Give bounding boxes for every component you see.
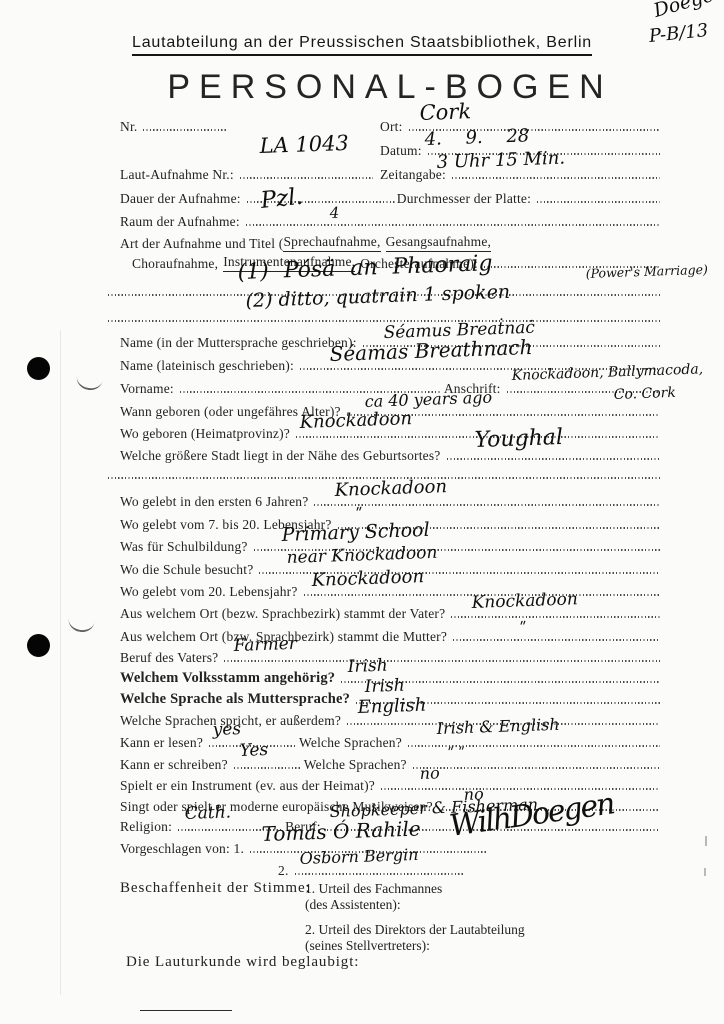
hw-vorgeschlagen-1: Tomás Ó Rahile (261, 818, 421, 844)
hw-muttersprache: Irish (364, 678, 405, 696)
schreiben-label: Kann er schreiben? (120, 758, 228, 773)
personal-bogen-scan: Lautabteilung an der Preussischen Staats… (0, 0, 724, 1024)
dauer-label: Dauer der Aufnahme: (120, 192, 241, 207)
signature-rule (140, 1010, 232, 1011)
art-line-1: Art der Aufnahme und Titel ( Sprechaufna… (120, 231, 662, 252)
stimme-label: Beschaffenheit der Stimme: (120, 880, 311, 897)
hw-schreiben-sprachen: ʺ ʺ (448, 746, 466, 761)
hw-nearest-city: Youghal (474, 427, 563, 452)
art-word-gesangsaufnahme: Gesangsaufnahme, (386, 235, 492, 252)
name-latin-label: Name (lateinisch geschrieben): (120, 359, 294, 374)
name-native-label: Name (in der Muttersprache geschrieben): (120, 336, 357, 351)
urteil2-line1: 2. Urteil des Direktors der Lautabteilun… (305, 922, 525, 938)
schreiben-sprachen-label: Welche Sprachen? (304, 758, 407, 773)
raum-label: Raum der Aufnahme: (120, 215, 240, 230)
urteil1-line1: 1. Urteil des Fachmannes (305, 881, 442, 897)
hw-sprachen-sonst: English (357, 697, 426, 717)
pen-mark (75, 374, 103, 392)
punch-hole-top (27, 357, 50, 380)
dotted-line (143, 129, 228, 131)
dotted-line (453, 639, 660, 641)
hw-raum: Pzl. (260, 186, 304, 213)
hw-schreiben: Yes (239, 742, 268, 760)
punch-hole-bottom (27, 634, 50, 657)
dotted-line (246, 224, 660, 226)
nr-label: Nr. (120, 120, 137, 135)
volksstamm-label: Welchem Volksstamm angehörig? (120, 671, 335, 687)
dotted-line (314, 504, 660, 506)
religion-label: Religion: (120, 820, 172, 835)
dotted-line (381, 788, 660, 790)
field-row-nearest-city: Welche größere Stadt liegt in der Nähe d… (120, 443, 662, 464)
hw-name-latin: Séamas Breathnach (329, 337, 532, 364)
gelebt20-label: Wo gelebt vom 20. Lebensjahr? (120, 585, 298, 600)
dotted-line (234, 767, 302, 769)
hw-volksstamm: Irish (347, 658, 388, 676)
vorname-label: Vorname: (120, 382, 174, 397)
dotted-line (451, 616, 660, 618)
lesen-label: Kann er lesen? (120, 736, 203, 751)
hw-beruf-vater: Farmer (233, 636, 297, 655)
hw-gelebt20: Knockadoon (311, 568, 424, 590)
hw-lesen-sprachen: Irish & English (436, 717, 559, 737)
beruf-vater-label: Beruf des Vaters? (120, 651, 218, 666)
dotted-line (224, 660, 660, 662)
hw-religion: Cath. (184, 804, 231, 823)
dotted-line (295, 873, 465, 875)
field-row-lautnr: Laut-Aufnahme Nr.: (120, 162, 375, 183)
hw-schulbildung: Primary School (281, 521, 430, 545)
hw-lesen: yes (212, 721, 241, 739)
pen-mark (67, 616, 95, 633)
hw-mutter-ort: ʺ (519, 621, 526, 636)
field-row-mutter-ort: Aus welchem Ort (bzw. Sprachbezirk) stam… (120, 624, 662, 645)
beglaubigt-label: Die Lauturkunde wird beglaubigt: (126, 954, 359, 971)
fold-line (60, 330, 61, 995)
field-row-dauer-durchmesser: Dauer der Aufnahme: Durchmesser der Plat… (120, 186, 662, 207)
dotted-line (408, 745, 660, 747)
annotation-reference: P-B/13 (648, 22, 709, 46)
durchmesser-label: Durchmesser der Platte: (397, 192, 531, 207)
hw-born-when: ca 40 years ago (364, 390, 492, 410)
hw-vater-ort: Knockadoon (471, 591, 578, 612)
form-title: PERSONAL-BOGEN (60, 68, 720, 107)
institution-header: Lautabteilung an der Preussischen Staats… (132, 34, 592, 56)
hw-zeitangabe: 3 Uhr 15 Min. (436, 150, 565, 172)
dotted-line (447, 458, 660, 460)
hw-born-where: Knockadoon (299, 410, 412, 432)
born-where-label: Wo geboren (Heimatprovinz)? (120, 427, 290, 442)
ort-label: Ort: (380, 120, 403, 135)
schulbildung-label: Was für Schulbildung? (120, 540, 248, 555)
hw-raum-2: 4 (329, 206, 339, 221)
vorgeschlagen-label: Vorgeschlagen von: 1. (120, 842, 244, 857)
instrument-label: Spielt er ein Instrument (ev. aus der He… (120, 779, 375, 794)
datum-label: Datum: (380, 144, 422, 159)
scan-artifact (704, 868, 706, 876)
hw-anschrift-2: Co. Cork (614, 386, 677, 402)
vorgeschlagen2-label: 2. (278, 864, 289, 879)
gelebt6-label: Wo gelebt in den ersten 6 Jahren? (120, 495, 308, 510)
urteil1-line2: (des Assistenten): (305, 897, 401, 913)
dotted-line (108, 320, 662, 322)
hw-vorgeschlagen-2: Osborn Bergin (299, 847, 418, 867)
vater-ort-label: Aus welchem Ort (bezw. Sprachbezirk) sta… (120, 607, 445, 622)
hw-title-1-note: (Power's Marriage) (586, 264, 709, 281)
hw-ort: Cork (419, 101, 471, 124)
urteil2-line2: (seines Stellvertreters): (305, 938, 430, 954)
field-row-lesen: Kann er lesen? Welche Sprachen? (120, 730, 662, 751)
hw-datum: 4. 9. 28 (424, 127, 529, 149)
lautnr-label: Laut-Aufnahme Nr.: (120, 168, 234, 183)
field-row-schreiben: Kann er schreiben? Welche Sprachen? (120, 752, 662, 773)
annotation-doegen: Doegen (652, 0, 724, 21)
art-word-sprechaufnahme: Sprechaufnahme, (283, 235, 380, 252)
schule-ort-label: Wo die Schule besucht? (120, 563, 253, 578)
field-row-vater-ort: Aus welchem Ort (bezw. Sprachbezirk) sta… (120, 601, 662, 622)
hw-lautnr: LA 1043 (259, 133, 349, 157)
lesen-sprachen-label: Welche Sprachen? (299, 736, 402, 751)
dotted-line (413, 767, 660, 769)
dotted-line (537, 201, 660, 203)
art-label-chor: Choraufnahme, (132, 257, 218, 272)
hw-gelebt6: Knockadoon (334, 478, 447, 500)
art-label-prefix: Art der Aufnahme und Titel ( (120, 237, 283, 252)
field-row-beruf-vater: Beruf des Vaters? (120, 645, 662, 666)
hw-instrument: no (419, 765, 439, 782)
scan-artifact (705, 836, 707, 846)
muttersprache-label: Welche Sprache als Muttersprache? (120, 692, 350, 708)
hw-gelebt7-20: ʺ (355, 507, 362, 522)
dotted-line (452, 177, 660, 179)
dotted-line (240, 177, 373, 179)
field-row-raum: Raum der Aufnahme: (120, 209, 662, 230)
